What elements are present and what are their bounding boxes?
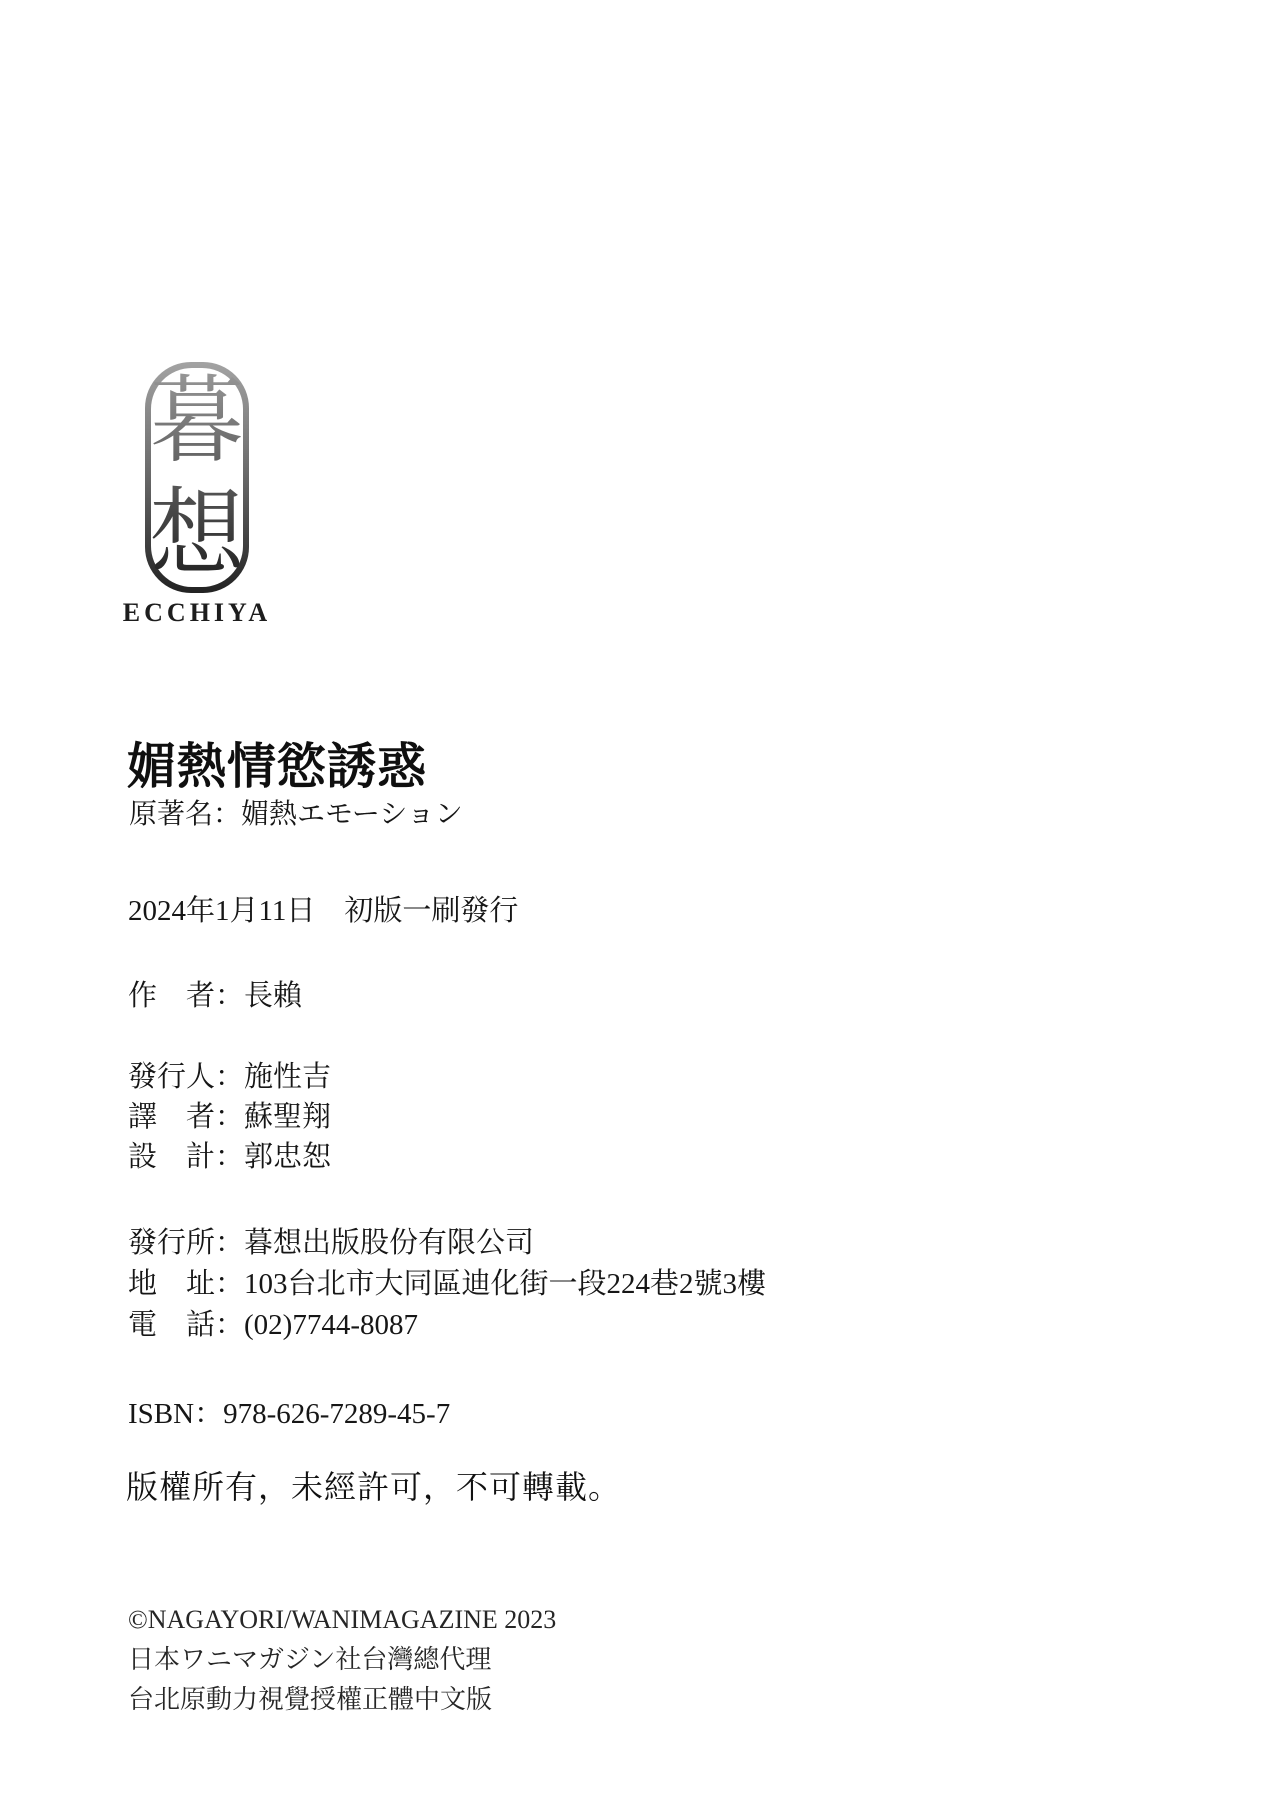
credits-block: 發行人：施性吉 譯 者：蘇聖翔 設 計：郭忠恕 xyxy=(128,1057,331,1177)
publisher-seal-logo: 暮 想 xyxy=(145,362,249,593)
license-line: 台北原動力視覺授權正體中文版 xyxy=(128,1680,556,1720)
brand-wordmark: ECCHIYA xyxy=(117,598,277,628)
phone-line: 電 話：(02)7744-8087 xyxy=(128,1305,766,1346)
seal-char-bottom: 想 xyxy=(149,479,244,590)
designer-line: 設 計：郭忠恕 xyxy=(128,1137,331,1177)
seal-characters: 暮 想 xyxy=(145,366,249,590)
rights-notice: 版權所有，未經許可，不可轉載。 xyxy=(126,1462,621,1508)
author-line: 作 者：長賴 xyxy=(128,973,302,1014)
original-title: 原著名：媚熱エモーション xyxy=(129,792,463,832)
copyright-line: ©NAGAYORI/WANIMAGAZINE 2023 xyxy=(128,1600,556,1640)
address-line: 地 址：103台北市大同區迪化街一段224巷2號3樓 xyxy=(128,1264,766,1305)
footer-block: ©NAGAYORI/WANIMAGAZINE 2023 日本ワニマガジン社台灣總… xyxy=(128,1600,556,1720)
publisher-person-line: 發行人：施性吉 xyxy=(128,1057,331,1097)
edition-line: 2024年1月11日 初版一刷發行 xyxy=(128,888,518,929)
colophon-page: 暮 想 ECCHIYA 媚熱情慾誘惑 原著名：媚熱エモーション 2024年1月1… xyxy=(0,0,1280,1816)
isbn-line: ISBN：978-626-7289-45-7 xyxy=(128,1391,450,1432)
publisher-block: 發行所：暮想出版股份有限公司 地 址：103台北市大同區迪化街一段224巷2號3… xyxy=(128,1223,766,1346)
book-title: 媚熱情慾誘惑 xyxy=(127,728,427,798)
translator-line: 譯 者：蘇聖翔 xyxy=(128,1097,331,1137)
publisher-company-line: 發行所：暮想出版股份有限公司 xyxy=(128,1223,766,1264)
seal-char-top: 暮 xyxy=(149,366,244,477)
agency-line: 日本ワニマガジン社台灣總代理 xyxy=(128,1640,556,1680)
